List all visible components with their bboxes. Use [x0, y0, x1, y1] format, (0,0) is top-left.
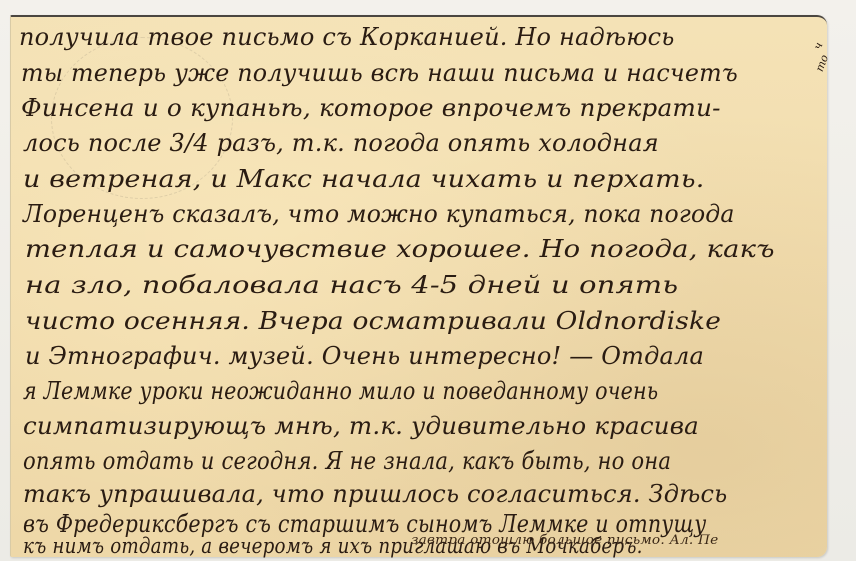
- handwritten-line-6: Лоренценъ сказалъ, что можно купаться, п…: [23, 200, 735, 228]
- handwritten-line-1: получила твое письмо съ Корканией. Но на…: [19, 23, 675, 51]
- handwritten-line-14: такъ упрашивала, что пришлось согласитьс…: [23, 480, 727, 508]
- handwritten-line-10: и Этнографич. музей. Очень интересно! — …: [25, 342, 704, 370]
- handwritten-line-9: чисто осенняя. Вчера осматривали Oldnord…: [25, 307, 721, 335]
- handwritten-line-7: теплая и самочувствие хорошее. Но погода…: [25, 235, 775, 263]
- handwritten-line-8: на зло, побаловала насъ 4-5 дней и опять: [25, 271, 678, 299]
- handwritten-line-4: лось после 3/4 разъ, т.к. погода опять х…: [23, 129, 659, 157]
- postcard-scan: получила твое письмо съ Корканией. Но на…: [0, 0, 856, 561]
- handwritten-line-2: ты теперь уже получишь всѣ наши письма и…: [21, 59, 738, 87]
- margin-note-1: ч: [811, 41, 826, 52]
- margin-note-2: то: [813, 53, 831, 73]
- handwritten-line-11: я Леммке уроки неожиданно мило и поведан…: [23, 377, 658, 405]
- handwritten-line-13: опять отдать и сегодня. Я не знала, какъ…: [23, 447, 671, 475]
- handwritten-line-12: симпатизирующъ мнѣ, т.к. удивительно кра…: [23, 412, 699, 440]
- postcard: получила твое письмо съ Корканией. Но на…: [10, 15, 827, 557]
- handwritten-footer-line: завтра отошлю большое письмо. Ал. Пе: [411, 533, 718, 548]
- handwritten-line-5: и ветреная, и Макс начала чихать и перха…: [23, 165, 705, 193]
- handwritten-line-3: Финсена и о купаньѣ, которое впрочемъ пр…: [21, 94, 721, 122]
